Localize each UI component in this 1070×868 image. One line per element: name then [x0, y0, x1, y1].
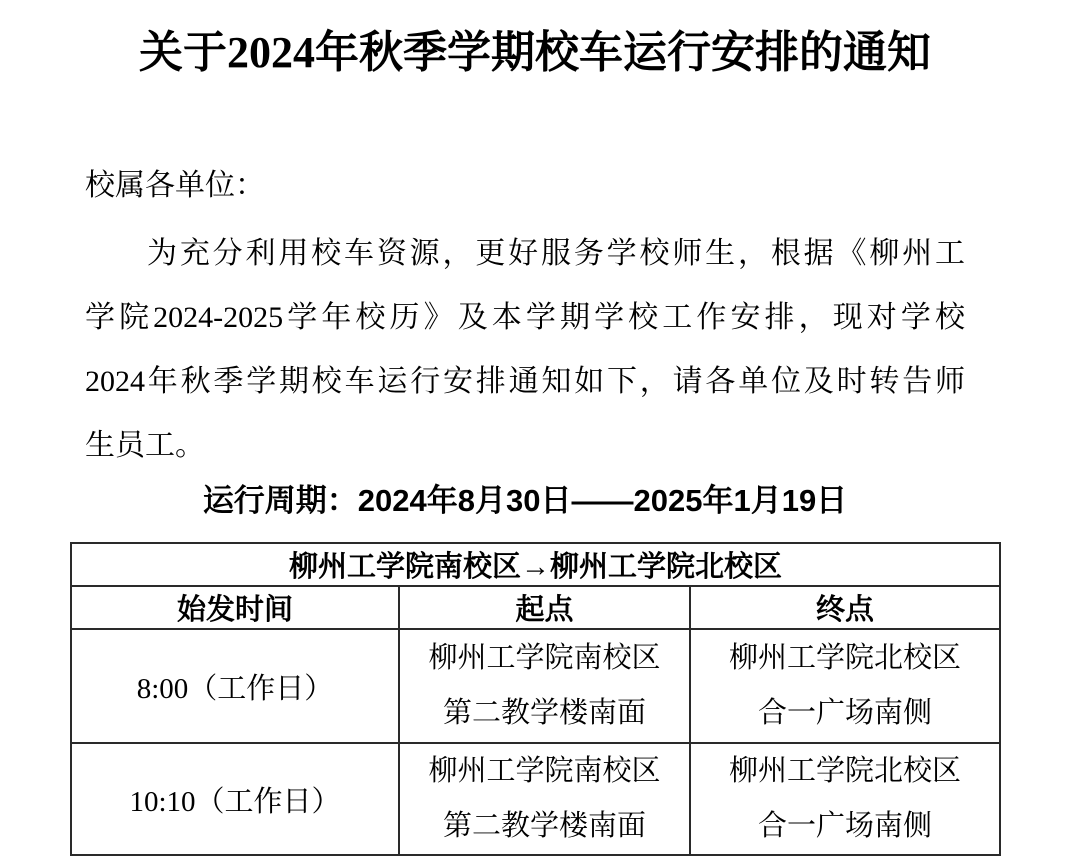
paragraph-line: 学院2024-2025学年校历》及本学期学校工作安排，现对学校: [85, 286, 965, 350]
origin-line: 柳州工学院南校区: [400, 744, 689, 799]
table-row: 8:00（工作日） 柳州工学院南校区 第二教学楼南面 柳州工学院北校区 合一广场…: [71, 629, 1000, 743]
departure-time-cell: 8:00（工作日）: [71, 629, 399, 743]
schedule-period: 运行周期：2024年8月30日——2025年1月19日: [85, 480, 965, 522]
destination-line: 合一广场南侧: [691, 686, 999, 741]
destination-cell: 柳州工学院北校区 合一广场南侧: [690, 629, 1000, 743]
destination-line: 柳州工学院北校区: [691, 631, 999, 686]
destination-cell: 柳州工学院北校区 合一广场南侧: [690, 743, 1000, 855]
departure-time-cell: 10:10（工作日）: [71, 743, 399, 855]
paragraph-line: 生员工。: [85, 414, 965, 478]
origin-line: 第二教学楼南面: [400, 686, 689, 741]
col-header-destination: 终点: [690, 586, 1000, 629]
table-column-header-row: 始发时间 起点 终点: [71, 586, 1000, 629]
col-header-origin: 起点: [399, 586, 690, 629]
body-paragraph: 为充分利用校车资源，更好服务学校师生，根据《柳州工 学院2024-2025学年校…: [85, 222, 965, 478]
salutation: 校属各单位：: [85, 166, 265, 206]
route-header-cell: 柳州工学院南校区→柳州工学院北校区: [71, 543, 1000, 586]
bus-schedule-table: 柳州工学院南校区→柳州工学院北校区 始发时间 起点 终点 8:00（工作日） 柳…: [70, 542, 1001, 856]
paragraph-line: 为充分利用校车资源，更好服务学校师生，根据《柳州工: [85, 222, 965, 286]
document-page: 关于2024年秋季学期校车运行安排的通知 校属各单位： 为充分利用校车资源，更好…: [0, 0, 1070, 868]
origin-line: 柳州工学院南校区: [400, 631, 689, 686]
destination-line: 合一广场南侧: [691, 799, 999, 854]
origin-cell: 柳州工学院南校区 第二教学楼南面: [399, 629, 690, 743]
paragraph-line: 2024年秋季学期校车运行安排通知如下，请各单位及时转告师: [85, 350, 965, 414]
table-route-header-row: 柳州工学院南校区→柳州工学院北校区: [71, 543, 1000, 586]
table-row: 10:10（工作日） 柳州工学院南校区 第二教学楼南面 柳州工学院北校区 合一广…: [71, 743, 1000, 855]
destination-line: 柳州工学院北校区: [691, 744, 999, 799]
notice-title: 关于2024年秋季学期校车运行安排的通知: [0, 22, 1070, 84]
origin-line: 第二教学楼南面: [400, 799, 689, 854]
col-header-departure-time: 始发时间: [71, 586, 399, 629]
origin-cell: 柳州工学院南校区 第二教学楼南面: [399, 743, 690, 855]
